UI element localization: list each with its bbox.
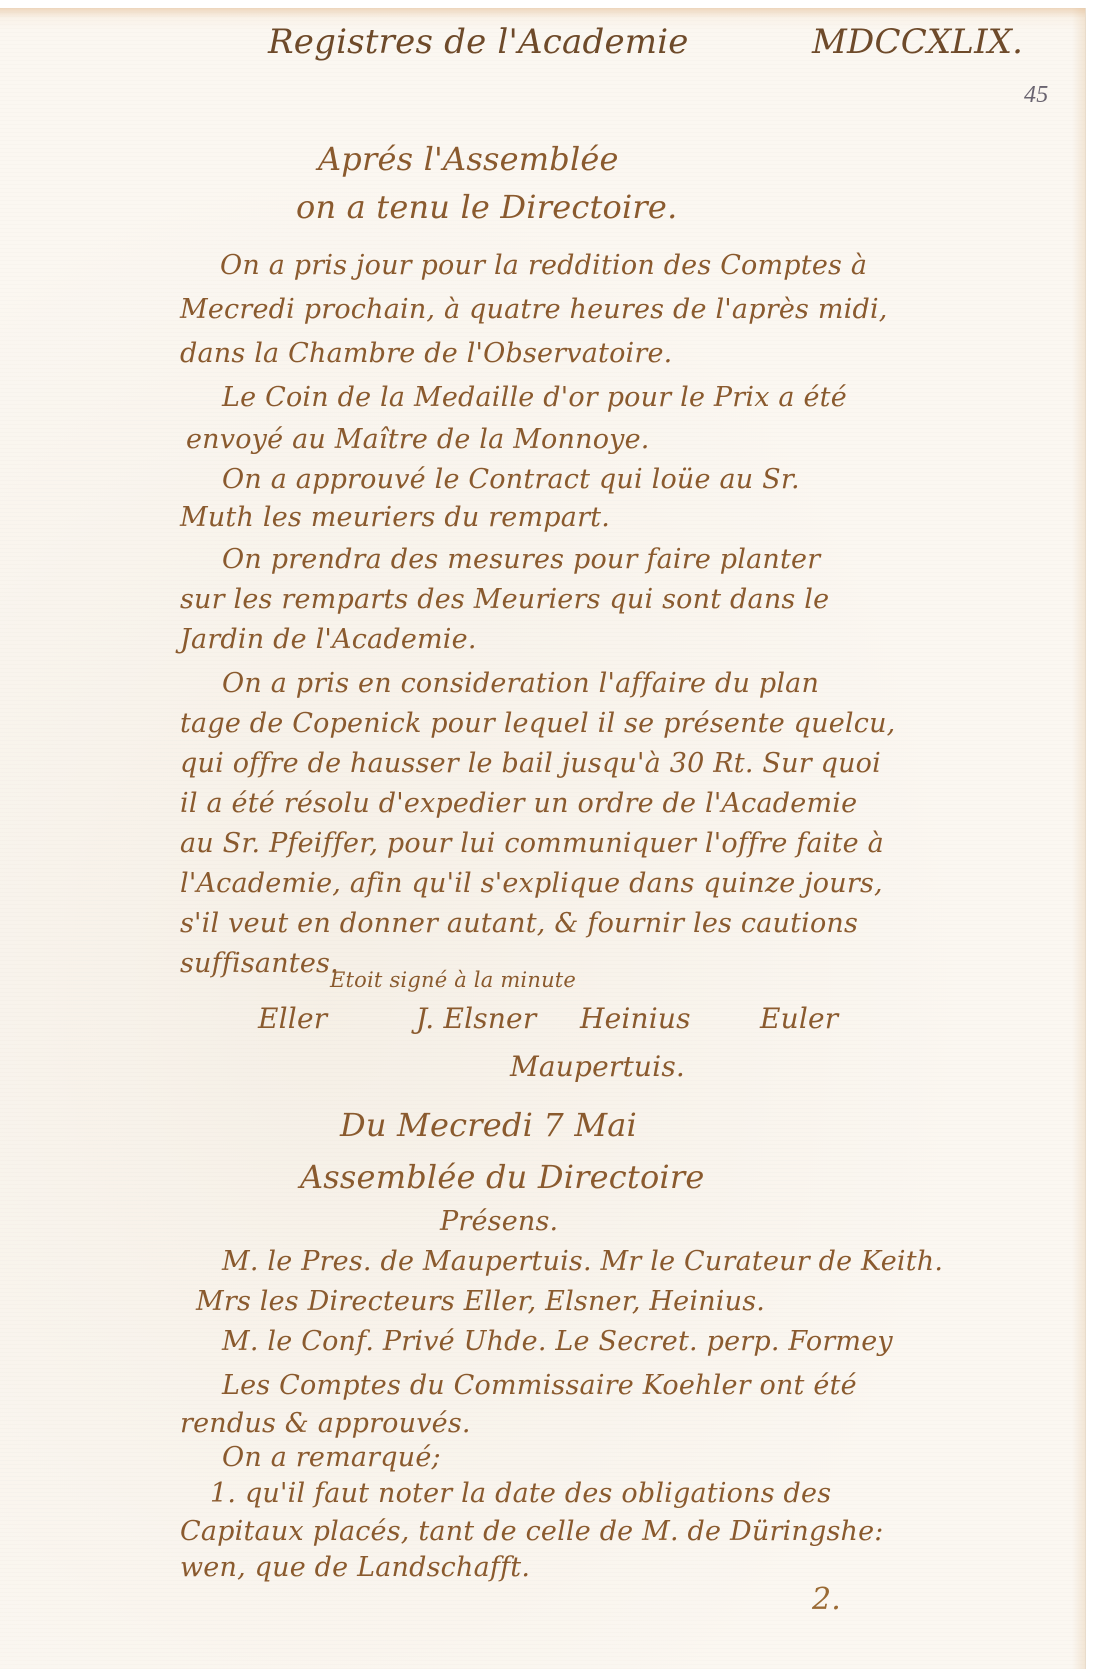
signature-eller: Eller	[258, 1002, 327, 1035]
register-title: Registres de l'Academie	[268, 22, 689, 62]
text-line: On a pris jour pour la reddition des Com…	[220, 250, 867, 281]
section-heading-line1: Aprés l'Assemblée	[318, 140, 619, 178]
text-line: Les Comptes du Commissaire Koehler ont é…	[222, 1370, 857, 1401]
text-line: tage de Copenick pour lequel il se prése…	[180, 708, 895, 739]
signature-maupertuis: Maupertuis.	[510, 1050, 685, 1083]
text-line: sur les remparts des Meuriers qui sont d…	[180, 584, 829, 615]
text-line: dans la Chambre de l'Observatoire.	[180, 338, 672, 369]
gathering-signature-mark: 2.	[812, 1582, 841, 1617]
text-line: s'il veut en donner autant, & fournir le…	[180, 908, 858, 939]
signed-at-minute-note: Etoit signé à la minute	[330, 968, 576, 992]
text-line: au Sr. Pfeiffer, pour lui communiquer l'…	[180, 828, 884, 859]
manuscript-page: Registres de l'Academie MDCCXLIX. 45 Apr…	[0, 8, 1086, 1669]
signature-euler: Euler	[760, 1002, 838, 1035]
text-line: Muth les meuriers du rempart.	[180, 502, 610, 533]
attendee-line: Mrs les Directeurs Eller, Elsner, Heiniu…	[196, 1286, 765, 1317]
text-line: On a approuvé le Contract qui loüe au Sr…	[222, 464, 800, 495]
text-line: rendus & approuvés.	[180, 1408, 471, 1439]
text-line: envoyé au Maître de la Monnoye.	[186, 424, 650, 455]
text-line: qui offre de hausser le bail jusqu'à 30 …	[180, 748, 881, 779]
signature-elsner: J. Elsner	[416, 1002, 536, 1035]
attendee-line: M. le Conf. Privé Uhde. Le Secret. perp.…	[222, 1326, 893, 1357]
meeting-date-heading: Du Mecredi 7 Mai	[340, 1106, 637, 1144]
section-heading-line2: on a tenu le Directoire.	[296, 188, 677, 226]
signature-heinius: Heinius	[580, 1002, 691, 1035]
presents-label: Présens.	[440, 1206, 558, 1237]
text-line: On a pris en consideration l'affaire du …	[222, 668, 819, 699]
text-line: suffisantes.	[180, 948, 339, 979]
text-line: wen, que de Landschafft.	[180, 1552, 530, 1583]
text-line: il a été résolu d'expedier un ordre de l…	[180, 788, 857, 819]
text-line: Jardin de l'Academie.	[180, 624, 477, 655]
text-line: On a remarqué;	[222, 1442, 441, 1473]
text-line: Le Coin de la Medaille d'or pour le Prix…	[222, 382, 847, 413]
text-line: On prendra des mesures pour faire plante…	[222, 544, 820, 575]
attendee-line: M. le Pres. de Maupertuis. Mr le Curateu…	[222, 1246, 943, 1277]
text-line: Capitaux placés, tant de celle de M. de …	[180, 1516, 884, 1547]
folio-number: 45	[1024, 82, 1048, 109]
text-line: l'Academie, afin qu'il s'explique dans q…	[180, 868, 883, 899]
text-line: 1. qu'il faut noter la date des obligati…	[210, 1478, 831, 1509]
text-line: Mecredi prochain, à quatre heures de l'a…	[180, 294, 888, 325]
assembly-heading: Assemblée du Directoire	[300, 1158, 705, 1196]
year-roman-numeral: MDCCXLIX.	[812, 22, 1023, 62]
